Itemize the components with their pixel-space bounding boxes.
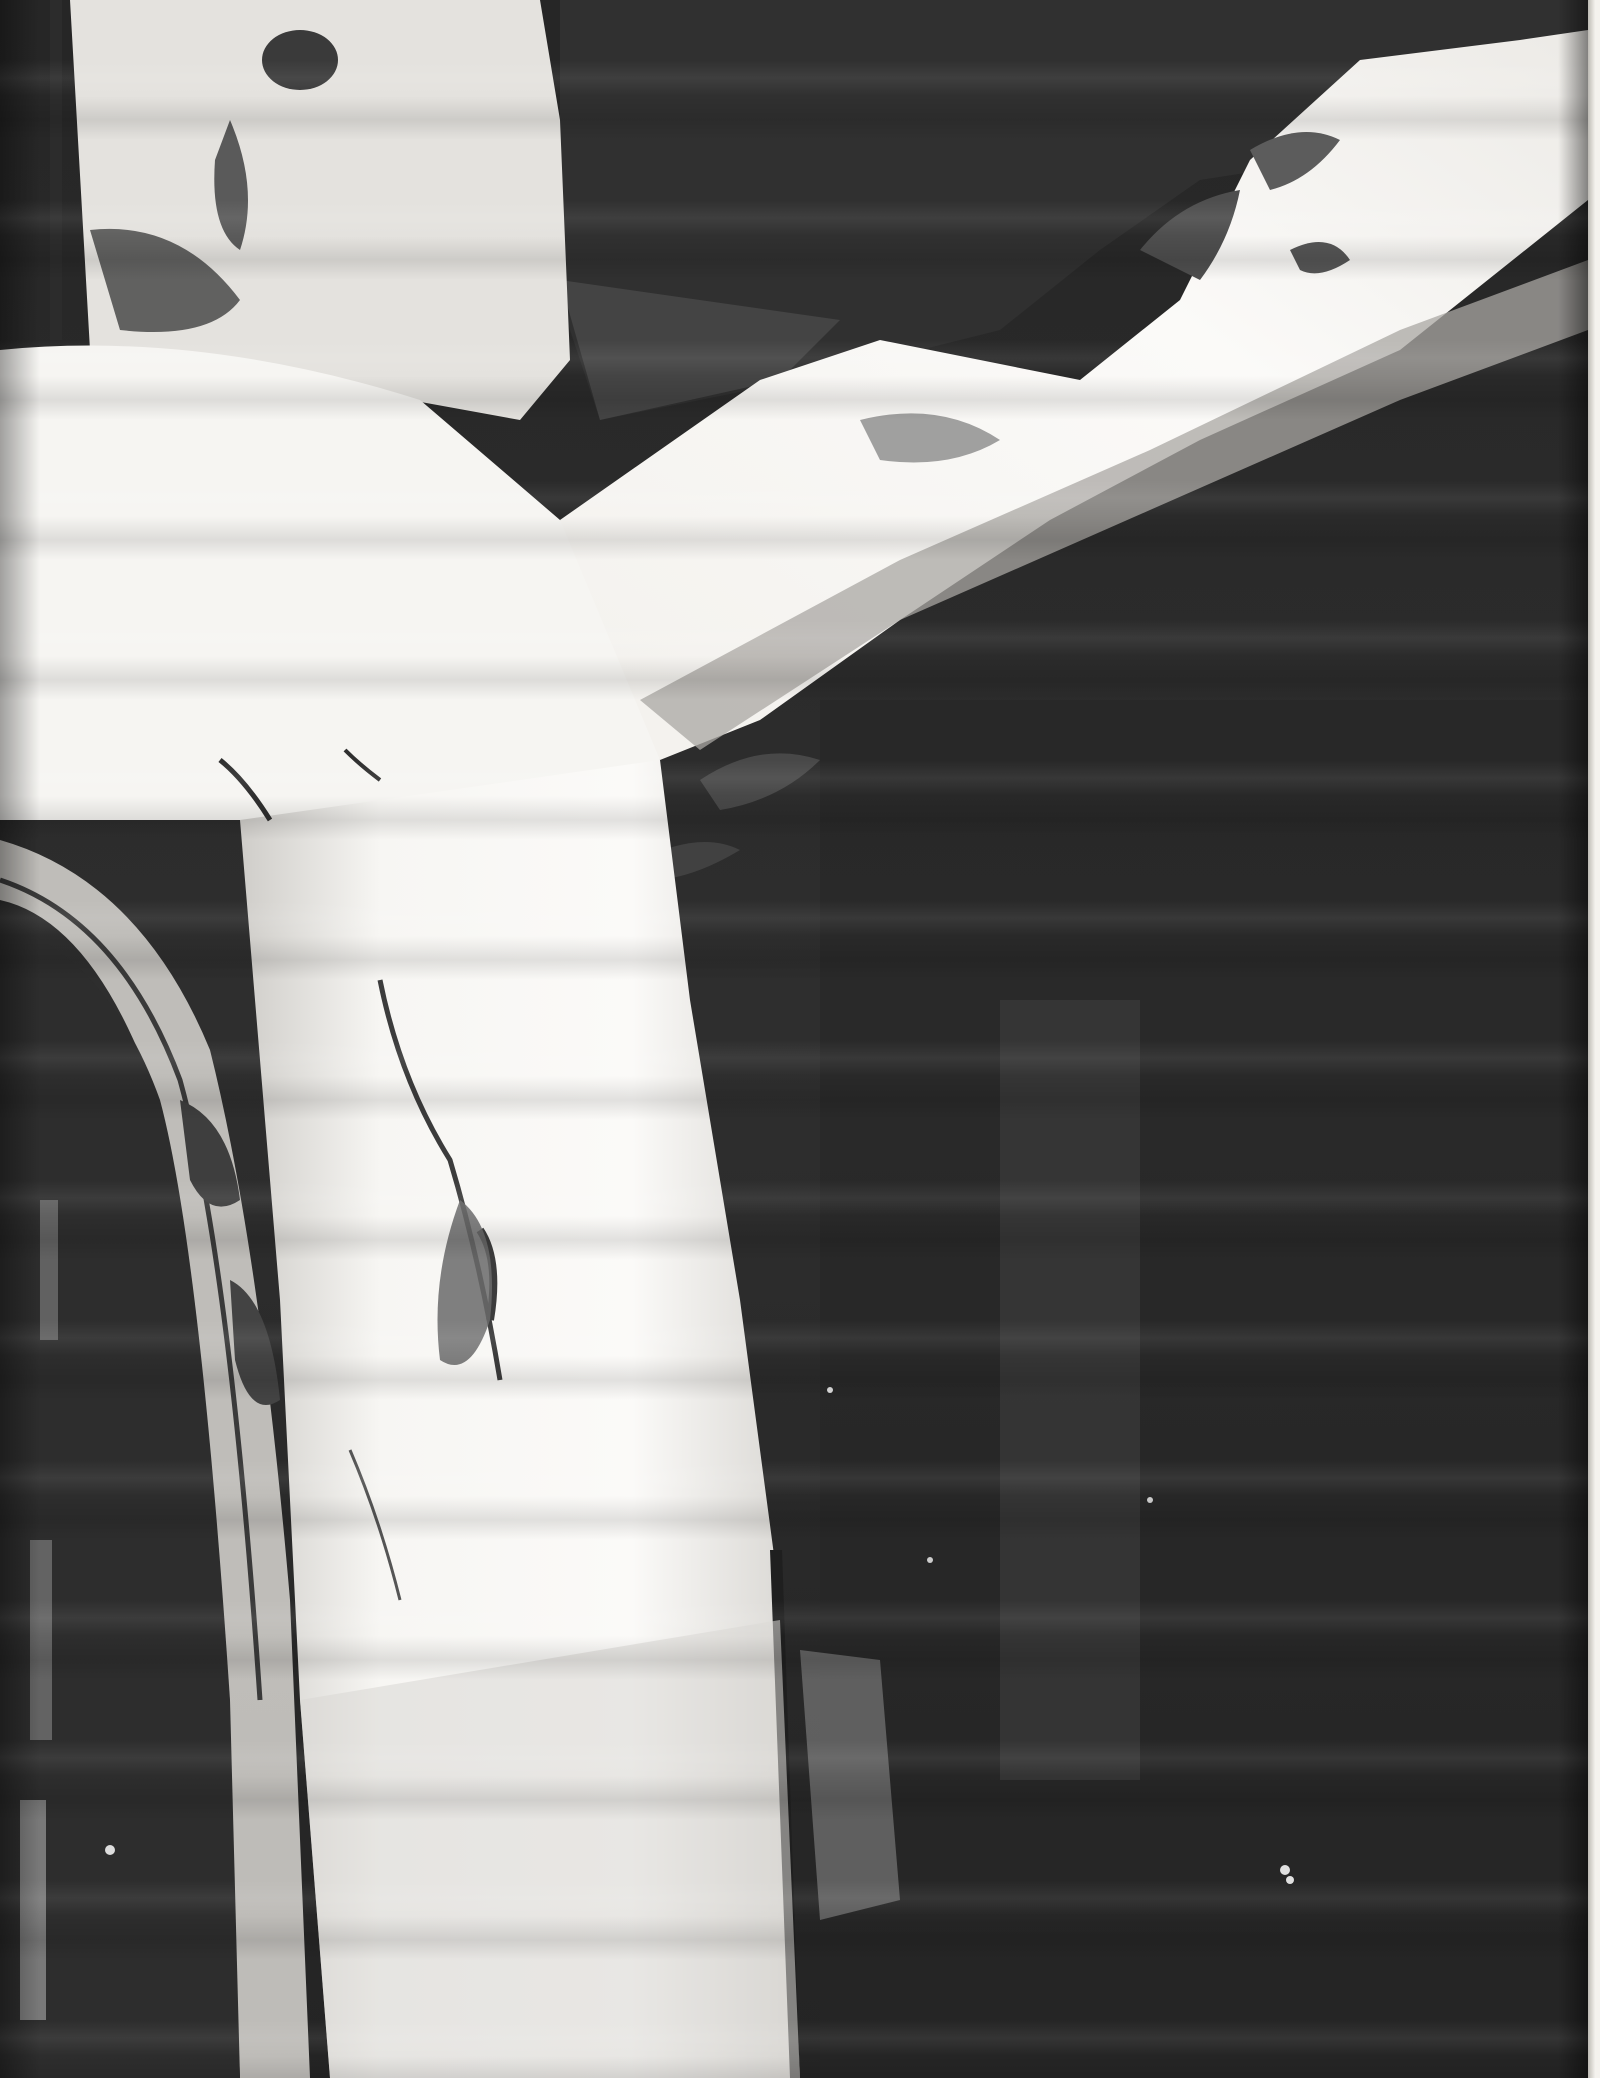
paper-margin: [1588, 0, 1600, 2078]
photocopy-page: [0, 0, 1600, 2078]
photo-drawing: [0, 0, 1588, 2078]
architectural-photograph: [0, 0, 1588, 2078]
